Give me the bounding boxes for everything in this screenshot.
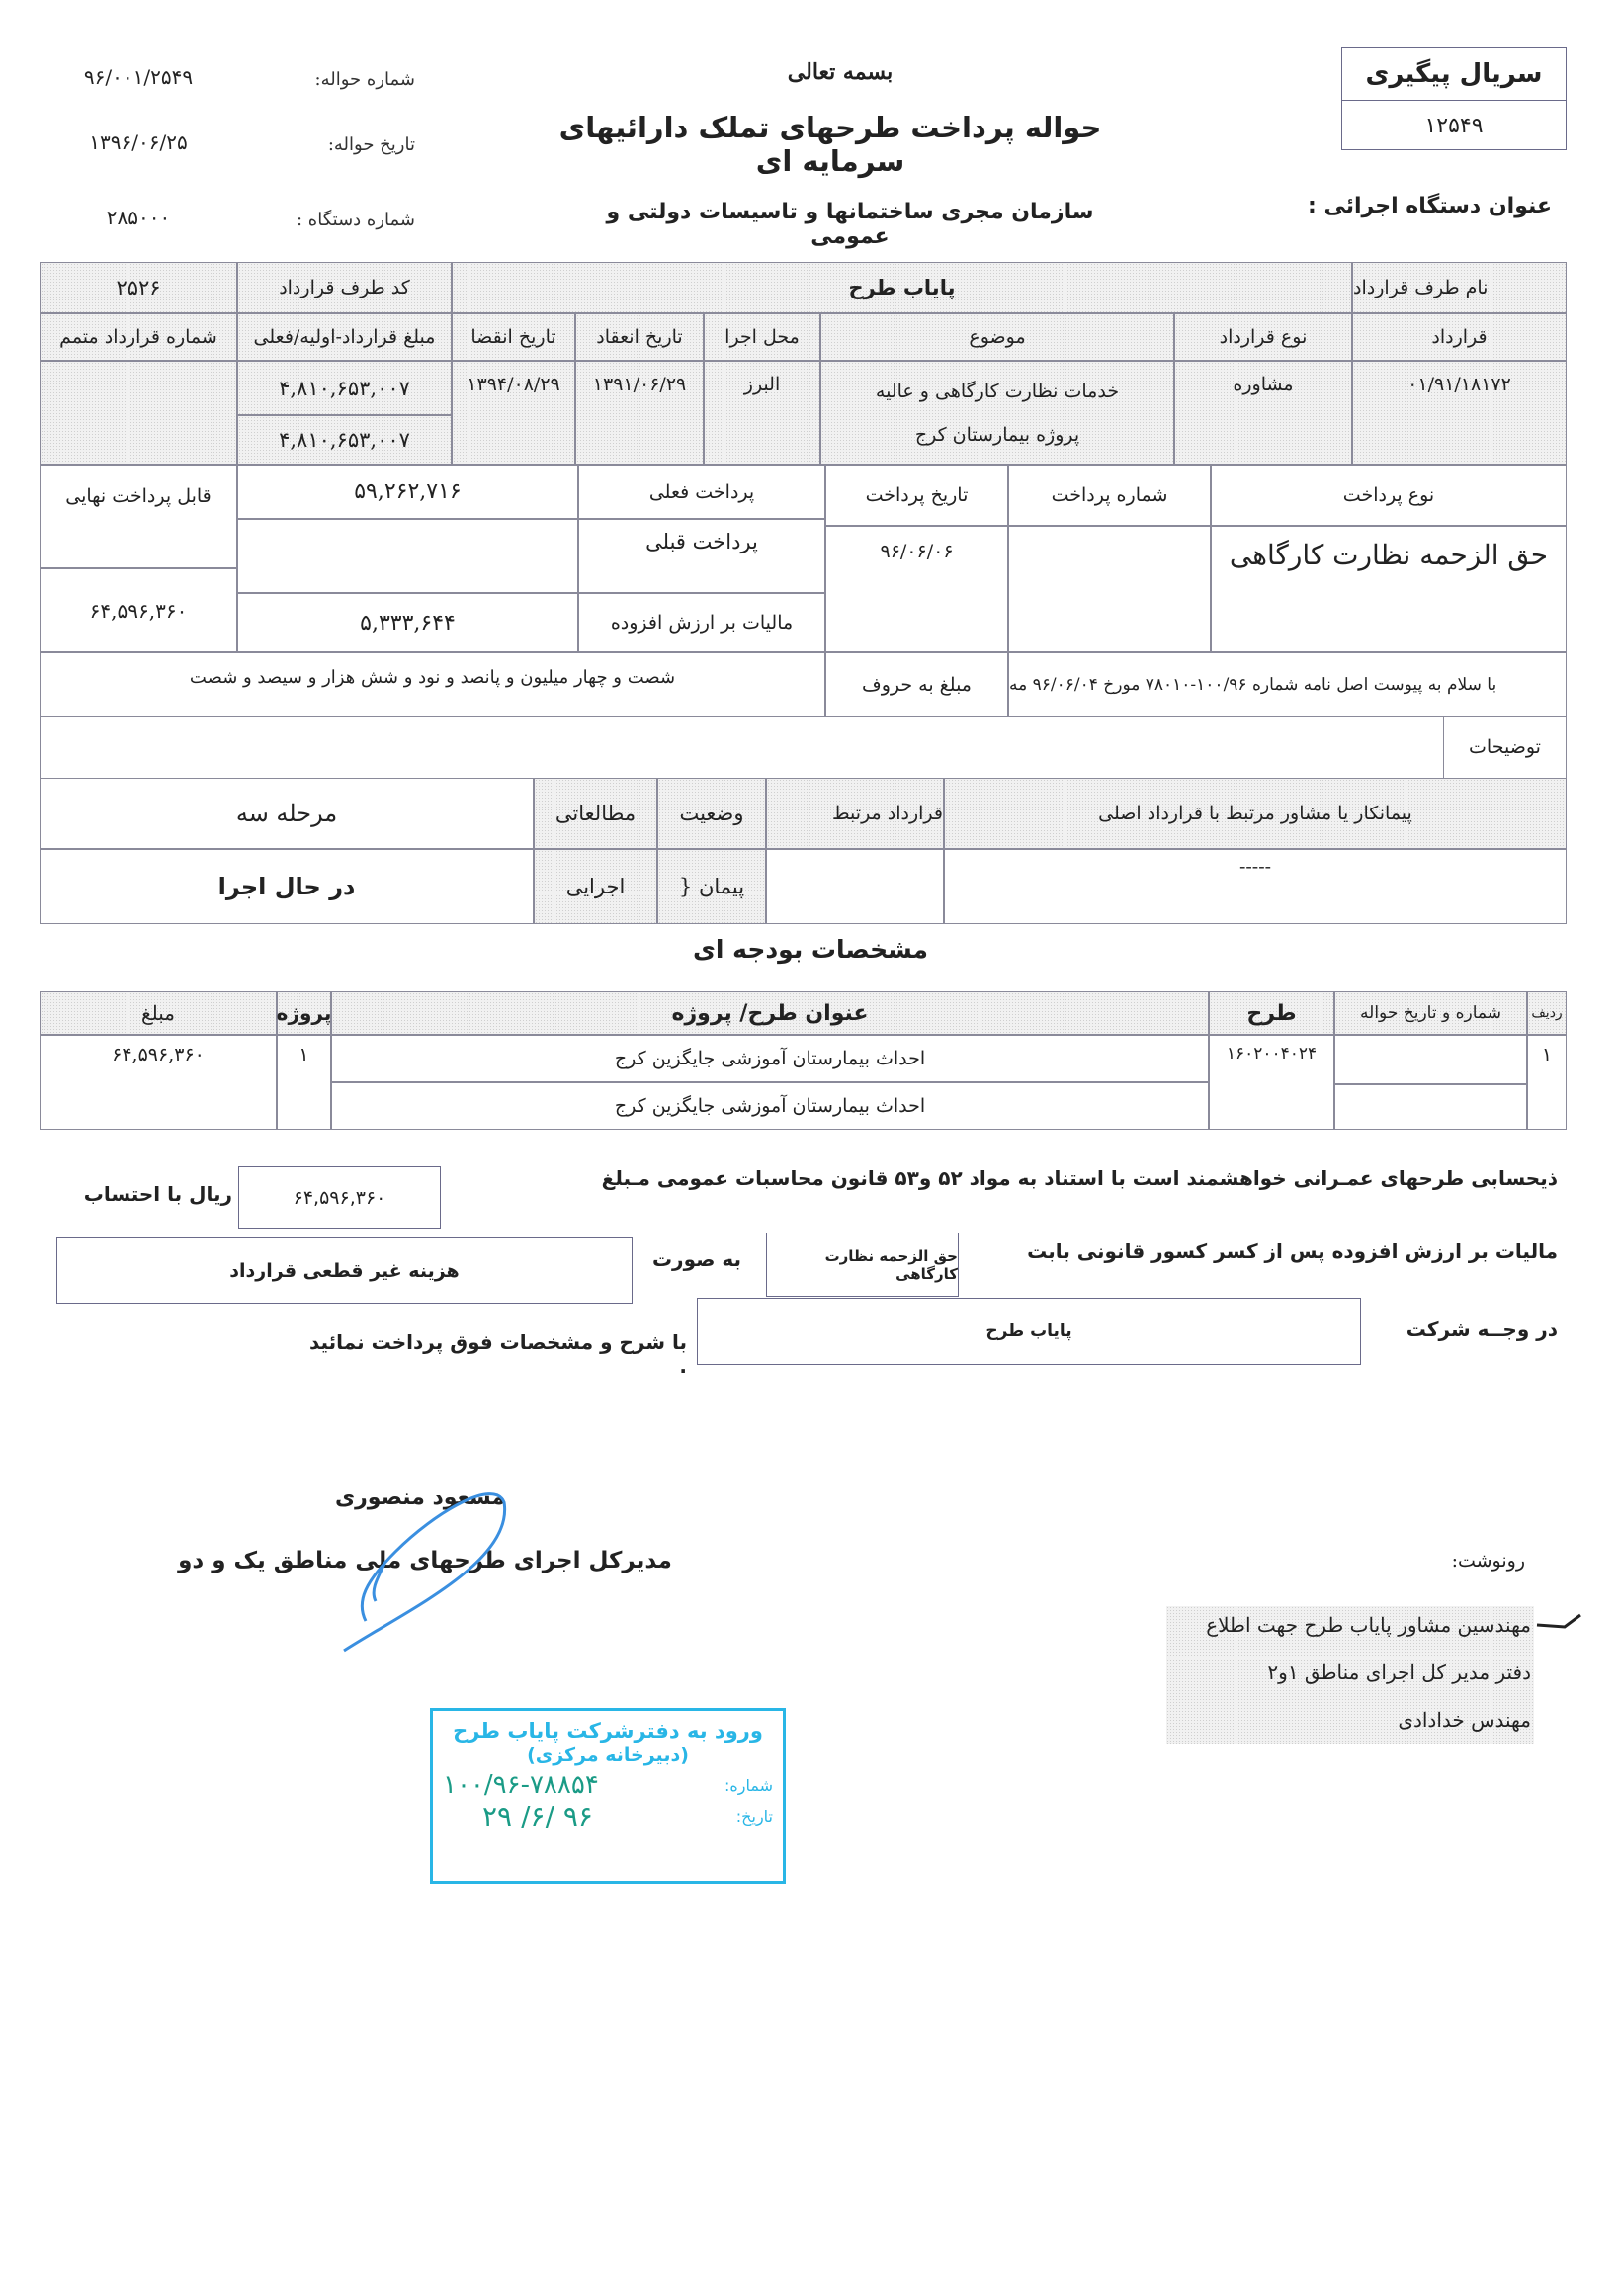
payment-type-value: حق الزحمه نظارت کارگاهی <box>1211 526 1567 652</box>
contract-type: مشاوره <box>1174 361 1352 465</box>
budget-row-amount: ۶۴,۵۹۶,۳۶۰ <box>40 1035 277 1130</box>
previous-payment-value <box>237 519 578 593</box>
contract-subject: خدمات نظارت کارگاهی و عالیه پروژه بیمارس… <box>820 361 1174 465</box>
budget-row-plan: ۱۶۰۲۰۰۴۰۲۴ <box>1209 1035 1334 1130</box>
status-label: وضعیت <box>657 778 766 849</box>
col-location: محل اجرا <box>704 313 820 361</box>
instruction-amount: ۶۴,۵۹۶,۳۶۰ <box>238 1166 441 1229</box>
received-stamp: ورود به دفترشرکت پایاب طرح (دبیرخانه مرک… <box>430 1708 786 1884</box>
contract-supplement <box>40 361 237 465</box>
stage-value: مرحله سه <box>40 778 534 849</box>
budget-row2-havale <box>1334 1084 1527 1130</box>
col-type: نوع قرارداد <box>1174 313 1352 361</box>
instruction-line2-mid: به صورت <box>642 1247 751 1271</box>
contract-amount-current: ۴,۸۱۰,۶۵۳,۰۰۷ <box>237 415 452 465</box>
payment-number-label: شماره پرداخت <box>1008 465 1211 526</box>
stamp-number-label: شماره: <box>724 1776 773 1795</box>
amount-words-value: شصت و چهار میلیون و پانصد و نود و شش هزا… <box>40 652 825 717</box>
instruction-line1: ذیحسابی طرحهای عمـرانی خواهشمند است با ا… <box>569 1166 1558 1190</box>
budget-col-title: عنوان طرح/ پروژه <box>331 991 1209 1035</box>
cc-item: مهندسین مشاور پایاب طرح جهت اطلاع <box>1136 1613 1531 1637</box>
contractor-value: ----- <box>944 849 1567 924</box>
party-code-label: کد طرف قرارداد <box>237 262 452 313</box>
stamp-line1: ورود به دفترشرکت پایاب طرح <box>433 1719 783 1743</box>
instruction-line3: در وجــه شرکت <box>1360 1318 1558 1341</box>
contract-amount-initial: ۴,۸۱۰,۶۵۳,۰۰۷ <box>237 361 452 415</box>
budget-row2-title: احداث بیمارستان آموزشی جایگزین کرج <box>331 1082 1209 1130</box>
cc-label: رونوشت: <box>1377 1550 1525 1572</box>
party-name-label: نام طرف قرارداد <box>1352 262 1567 313</box>
havale-number-label: شماره حواله: <box>267 69 415 90</box>
instruction-line3-end: با شرح و مشخصات فوق پرداخت نمائید . <box>297 1330 687 1378</box>
stamp-date-value: ۹۶ /۶/ ۲۹ <box>482 1800 593 1832</box>
budget-row-title: احداث بیمارستان آموزشی جایگزین کرج <box>331 1035 1209 1082</box>
vat-value: ۵,۳۳۳,۶۴۴ <box>237 593 578 652</box>
budget-col-amount: مبلغ <box>40 991 277 1035</box>
budget-title: مشخصات بودجه ای <box>613 935 1008 964</box>
payment-number-value <box>1008 526 1211 652</box>
bismillah: بسمه تعالی <box>751 59 929 85</box>
instruction-line1-end: ریال با احتساب <box>69 1182 232 1206</box>
description-label: توضیحات <box>1443 717 1567 778</box>
budget-col-havale: شماره و تاریخ حواله <box>1334 991 1527 1035</box>
havale-date-label: تاریخ حواله: <box>267 134 415 155</box>
related-contract-value <box>766 849 944 924</box>
instruction-reason: حق الزحمه نظارت کارگاهی <box>766 1233 959 1297</box>
contract-end-date: ۱۳۹۴/۰۸/۲۹ <box>452 361 575 465</box>
contractor-label: پیمانکار یا مشاور مرتبط با قرارداد اصلی <box>944 778 1567 849</box>
current-payment-label: پرداخت فعلی <box>578 465 825 519</box>
budget-col-plan: طرح <box>1209 991 1334 1035</box>
serial-box: سریال پیگیری ۱۲۵۴۹ <box>1341 47 1567 150</box>
party-name-value: پایاب طرح <box>452 262 1352 313</box>
amount-words-label: مبلغ به حروف <box>825 652 1008 717</box>
payment-date-value: ۹۶/۰۶/۰۶ <box>825 526 1008 652</box>
budget-row-havale <box>1334 1035 1527 1084</box>
note-text: با سلام به پیوست اصل نامه شماره ۱۰۰/۹۶-۷… <box>1008 652 1567 717</box>
progress-value: در حال اجرا <box>40 849 534 924</box>
col-start-date: تاریخ انعقاد <box>575 313 704 361</box>
instruction-company: پایاب طرح <box>697 1298 1361 1365</box>
col-subject: موضوع <box>820 313 1174 361</box>
page-title: حواله پرداخت طرحهای تملک دارائیهای سرمای… <box>514 111 1147 178</box>
contract-start-date: ۱۳۹۱/۰۶/۲۹ <box>575 361 704 465</box>
instruction-line2: مالیات بر ارزش افزوده پس از کسر کسور قان… <box>1004 1239 1558 1263</box>
executive-label: عنوان دستگاه اجرائی : <box>1305 194 1552 218</box>
previous-payment-label: پرداخت قبلی <box>578 519 825 593</box>
checkmark-icon <box>1535 1611 1582 1631</box>
current-payment-value: ۵۹,۲۶۲,۷۱۶ <box>237 465 578 519</box>
contract-location: البرز <box>704 361 820 465</box>
instruction-mode: هزینه غیر قطعی قرارداد <box>56 1237 633 1304</box>
cc-item: مهندس خدادادی <box>1136 1708 1531 1732</box>
description-area <box>40 717 1567 778</box>
stamp-date-label: تاریخ: <box>736 1807 773 1826</box>
device-number-value: ۲۸۵۰۰۰ <box>40 206 237 229</box>
stamp-number-value: ۱۰۰/۹۶-۷۸۸۵۴ <box>443 1770 599 1800</box>
budget-col-index: ردیف <box>1527 991 1567 1035</box>
final-payable-value: ۶۴,۵۹۶,۳۶۰ <box>40 568 237 652</box>
stamp-line2: (دبیرخانه مرکزی) <box>433 1744 783 1766</box>
serial-label: سریال پیگیری <box>1342 48 1566 101</box>
payment-type-label: نوع پرداخت <box>1211 465 1567 526</box>
cc-item: دفتر مدیر کل اجرای مناطق ۱و۲ <box>1136 1660 1531 1684</box>
final-payable-label: قابل پرداخت نهایی <box>40 465 237 568</box>
device-number-label: شماره دستگاه : <box>252 210 415 230</box>
peyman-label: پیمان { <box>657 849 766 924</box>
study-label: مطالعاتی <box>534 778 657 849</box>
serial-value: ۱۲۵۴۹ <box>1342 101 1566 150</box>
col-contract: قرارداد <box>1352 313 1567 361</box>
budget-row-index: ۱ <box>1527 1035 1567 1130</box>
party-code-value: ۲۵۲۶ <box>40 262 237 313</box>
col-supplement: شماره قرارداد متمم <box>40 313 237 361</box>
signature-scribble-icon <box>326 1483 534 1660</box>
budget-row-project: ۱ <box>277 1035 331 1130</box>
havale-date-value: ۱۳۹۶/۰۶/۲۵ <box>40 130 237 154</box>
payment-date-label: تاریخ پرداخت <box>825 465 1008 526</box>
contract-number: ۰۱/۹۱/۱۸۱۷۲ <box>1352 361 1567 465</box>
executive-value: سازمان مجری ساختمانها و تاسیسات دولتی و … <box>593 200 1107 249</box>
havale-number-value: ۹۶/۰۰۱/۲۵۴۹ <box>40 65 237 89</box>
budget-col-project: پروژه <box>277 991 331 1035</box>
col-end-date: تاریخ انقضا <box>452 313 575 361</box>
col-amount: مبلغ قرارداد-اولیه/فعلی <box>237 313 452 361</box>
vat-label: مالیات بر ارزش افزوده <box>578 593 825 652</box>
exec-label: اجرایی <box>534 849 657 924</box>
related-contract-label: قرارداد مرتبط <box>766 778 944 849</box>
